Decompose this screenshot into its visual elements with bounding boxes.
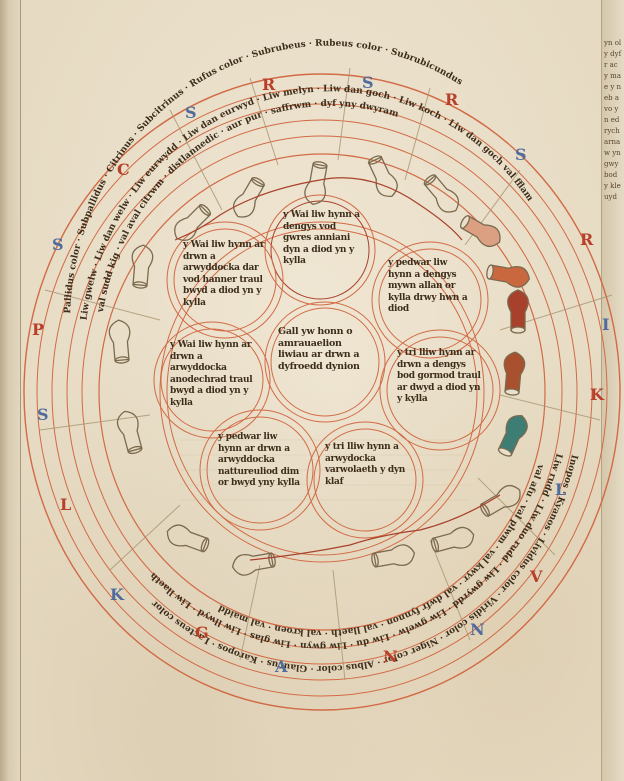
initial-A-albus: A [274,657,288,676]
circle-text-lower-left: y Wai liw hynn ar drwn a arwyddocka anod… [170,340,254,409]
initial-I-inopos: I [602,315,609,334]
circle-lower-right-text: y tri lliw hynn ar drwn a dengys bod gor… [397,348,481,404]
circle-text-upper-right: y pedwar liw hynn a dengys mywn allan or… [388,258,470,316]
initial-S-subrubicundus: S [515,145,527,164]
initial-L-lacteus: L [60,495,71,514]
initial-N2: N [383,647,398,666]
flask-12 [429,525,476,556]
initial-V-viridis: V [529,567,543,586]
initial-C-citrinus: C [117,160,130,179]
flask-1 [303,160,331,206]
circle-text-upper-left: y Wai liw hynn ar drwn a arwyddocka dar … [183,240,267,309]
flask-13 [370,543,416,571]
circle-bottom-left-text: y pedwar liw hynn ar drwn a arwyddocka n… [218,432,300,488]
flask-red [508,290,528,333]
flask-15 [164,522,211,556]
initial-L-lividus: L [555,480,566,499]
initial-N-niger: N [470,620,485,639]
flask-14 [231,549,277,577]
circle-top-text: y Wai liw hynn a dengys vod gwres annian… [283,210,360,266]
circle-lower-left-text: y Wai liw hynn ar drwn a arwyddocka anod… [170,340,252,408]
initial-R-rufus: R [262,75,276,94]
circle-upper-left-text: y Wai liw hynn ar drwn a arwyddocka dar … [183,240,264,308]
circle-text-lower-right: y tri lliw hynn ar drwn a dengys bod gor… [397,348,481,406]
initial-S-subpallidus: S [37,405,49,424]
initial-S-subcitrinus-2: S [185,103,197,122]
circle-upper-right-text: y pedwar liw hynn a dengys mywn allan or… [388,258,467,314]
flask-4 [364,153,401,201]
flask-orange [485,261,531,289]
flask-2 [229,174,268,221]
center-text: Gall yw honn o amrauaelion liwiau ar drw… [278,326,360,372]
initial-S-subrubeus: S [362,73,374,92]
flask-17 [108,319,132,364]
circle-bottom-right-text: y tri lliw hynn a arwydocka varwolaeth y… [325,442,405,487]
initial-S-subcitrinus: S [52,235,64,254]
initial-K-karopos: K [110,585,125,604]
initial-R-rubicundus: R [580,230,594,249]
initial-K-kyanos: K [590,385,605,404]
circle-text-bottom-right: y tri lliw hynn a arwydocka varwolaeth y… [325,442,407,488]
initial-P-pallidus: P [32,320,44,339]
decorated-initials: R S R S R I K L V N N A G K L S P S C S [32,73,609,676]
flask-brown [502,351,526,396]
circle-text-bottom-left: y pedwar liw hynn ar drwn a arwyddocka n… [218,432,302,490]
circle-text-center: Gall yw honn o amrauaelion liwiau ar drw… [278,326,374,372]
uroscopy-wheel: Pallidus color · Subpallidus · Citrinus … [0,0,624,781]
flask-green [494,411,531,459]
circle-text-top: y Wai liw hynn a dengys vod gwres annian… [283,210,361,268]
manuscript-page: yn ol y dyfr ac y mae y neb a vo yn edry… [0,0,624,781]
initial-G-glaucus: G [195,623,209,642]
initial-R-rubeus: R [445,90,459,109]
